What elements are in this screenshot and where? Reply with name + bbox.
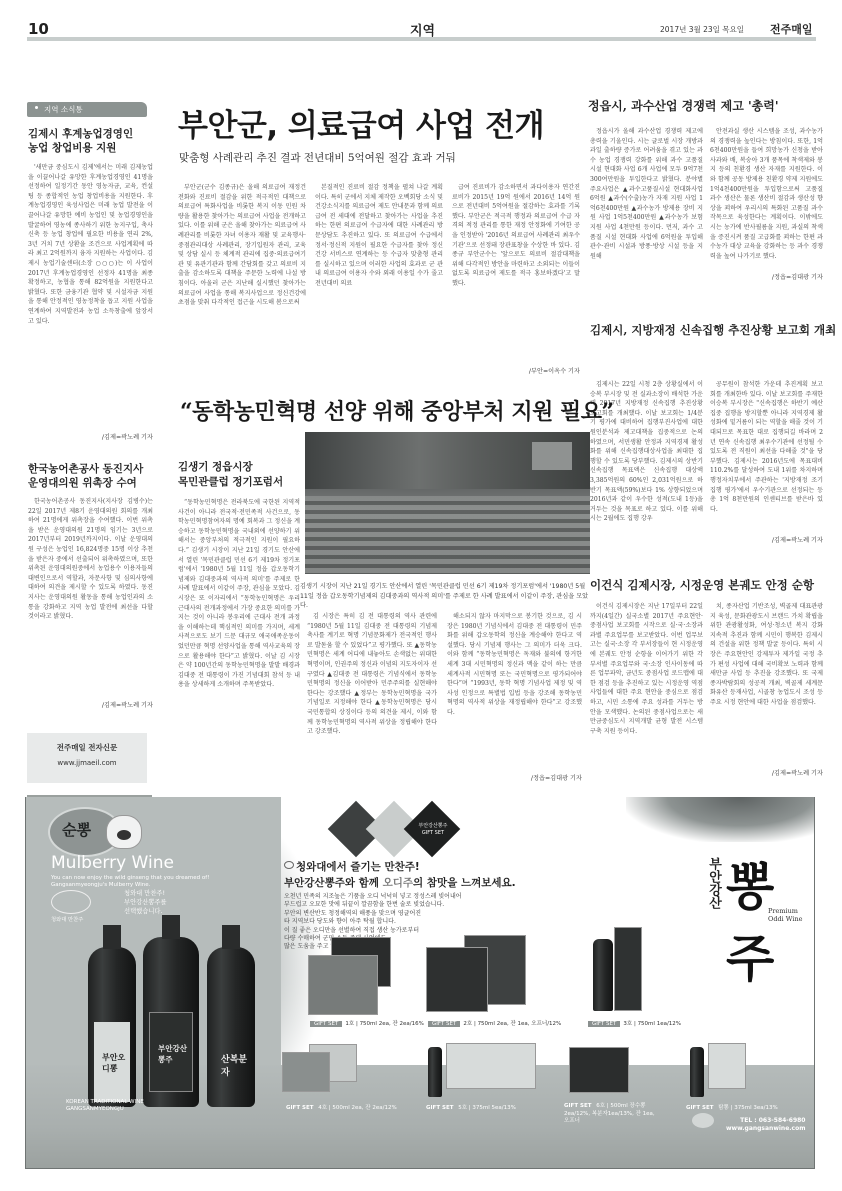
bottle-neck bbox=[222, 925, 240, 949]
gift-tag: GIFT SET bbox=[564, 1103, 591, 1111]
headline-line-2: 농업 창업비용 지원 bbox=[28, 141, 153, 155]
sidebar-article-1-byline: /김제=곽노례 기자 bbox=[28, 432, 153, 441]
gift-spec: 750ml 2ea, 잔 2ea/16% bbox=[360, 1021, 424, 1027]
gift-tag: GIFT SET bbox=[588, 1021, 620, 1027]
headline-2-mid: 의 bbox=[413, 877, 427, 889]
right-article-3-column-1: 이건식 김제시장은 지난 17일부터 22일까지(4일간) 실국소별 2017년… bbox=[590, 602, 703, 777]
gift-set-5-bottle bbox=[428, 1047, 442, 1097]
gift-set-3-label: GIFT SET3호 | 750ml 1ea/12% bbox=[588, 1019, 681, 1027]
e-paper-promo[interactable]: 전주매일 전자신문 www.jjmaeil.com bbox=[27, 733, 147, 783]
gift-tag: GIFT SET bbox=[310, 1021, 342, 1027]
english-title: Mulberry Wine bbox=[51, 853, 174, 873]
ad-body-line: 부안의 변산반도 청정해역의 해풍을 맞으며 영글어진 bbox=[284, 910, 464, 918]
ad-body-line: 이 질 좋은 오디만을 선별하여 직접 생산 농가로부터 bbox=[284, 927, 464, 935]
gift-set-4-box bbox=[282, 1052, 330, 1092]
gift-set-7-bottle bbox=[690, 1047, 704, 1097]
feature-column-2: 김 시장은 특히 김 전 대통령의 역사 관련에 “1980년 5월 11일 김… bbox=[307, 612, 437, 787]
lead-headline: 부안군, 의료급여 사업 전개 bbox=[178, 100, 544, 145]
gift-set-3-box bbox=[614, 927, 642, 1011]
gift-num: 3호 bbox=[623, 1021, 632, 1027]
emblem-text-line: 부안강산뽕주를 bbox=[124, 898, 167, 907]
feature-subhead: 김생기 정읍시장 목민관클럽 정기포럼서 bbox=[178, 460, 283, 490]
sidebar-article-2-headline: 한국농어촌공사 동진지사 운영대의원 위촉장 수여 bbox=[28, 462, 153, 490]
gift-set-5-box bbox=[446, 1043, 536, 1089]
diamond-label-line: 부안강산뽕주 bbox=[418, 823, 448, 830]
headline-line-1: 김제시 후계농업경영인 bbox=[28, 127, 153, 141]
gift-set-7-box bbox=[708, 1043, 746, 1089]
sidebar-article-1-headline: 김제시 후계농업경영인 농업 창업비용 지원 bbox=[28, 127, 153, 155]
premium-line: Oddi Wine bbox=[768, 915, 802, 923]
gift-spec: 750ml 1ea/12% bbox=[638, 1021, 681, 1027]
diamond-label-line: GIFT SET bbox=[418, 830, 448, 837]
headline-2-suffix: 을 느껴보세요. bbox=[447, 877, 516, 889]
gift-num: 4호 bbox=[318, 1105, 327, 1111]
blue-house-emblem-icon bbox=[51, 890, 91, 914]
gift-tag: GIFT SET bbox=[286, 1105, 313, 1111]
newspaper-brand: 전주매일 bbox=[770, 21, 813, 37]
ad-headline-1: 청와대에서 즐기는 만찬주! bbox=[296, 859, 420, 874]
gift-num: 6호 bbox=[596, 1103, 605, 1109]
gift-num: 5호 bbox=[458, 1105, 467, 1111]
right-article-1-byline: /정읍=김대광 기자 bbox=[710, 272, 823, 281]
gift-set-1-box bbox=[308, 955, 378, 1015]
right-article-3-headline: 이건식 김제시장, 시정운영 본궤도 안정 순항 bbox=[590, 577, 814, 593]
gift-spec: 500ml 2ea, 잔 2ea/12% bbox=[332, 1105, 396, 1111]
photo-caption: 김생기 시장이 지난 21일 경기도 안산에서 열린 '목민관클럽 민선 6기 … bbox=[300, 582, 590, 611]
bullet-icon bbox=[35, 106, 38, 109]
brand-logo-text: 순뽕 bbox=[62, 819, 91, 840]
bottle-label-text: 산복분자 bbox=[221, 1052, 249, 1078]
premium-line: Premium bbox=[768, 907, 802, 915]
blue-house-small-icon bbox=[284, 861, 294, 869]
feature-column-3: 해소되지 않자 마지막으로 봉기한 것으로, 김 시장은 1980년 기념식에서… bbox=[447, 612, 582, 772]
sidebar-article-2-byline: /김제=곽노례 기자 bbox=[28, 700, 153, 709]
headline-2-brush: 참맛 bbox=[427, 877, 447, 889]
page-number: 10 bbox=[28, 20, 49, 38]
gift-set-2-label: GIFT SET2호 | 750ml 2ea, 잔 1ea, 오프너/12% bbox=[428, 1019, 561, 1027]
right-article-1-column-2: 안전과실 생산 시스템을 조성, 과수농가의 경쟁력을 높인다는 방침이다. 또… bbox=[710, 127, 823, 267]
bottle-oddi: 부안오디뽕 bbox=[88, 947, 136, 1107]
lead-column-1: 부안군(군수 김종규)은 올해 의료급여 재정건전화와 진료비 절감을 위한 적… bbox=[178, 183, 306, 378]
right-article-2-column-2: 공무원이 참석한 가운데 추진계획 보고회를 개최한바 있다. 이날 보고회를 … bbox=[710, 380, 823, 530]
emblem-label: 청와대 만찬주 bbox=[51, 915, 83, 923]
ad-body-line: 타 지역보다 당도와 향이 아주 탁월 합니다. bbox=[284, 918, 464, 926]
english-subtitle: You can now enjoy the wild ginseng that … bbox=[51, 875, 251, 889]
sidebar-article-1-body: '새만금 중심도시 김제'에서는 미래 김제농업을 이끌어나갈 유망한 후계농업… bbox=[28, 163, 153, 421]
mascot-icon bbox=[106, 815, 142, 849]
headline-line-1: 한국농어촌공사 동진지사 bbox=[28, 462, 153, 476]
promo-url[interactable]: www.jjmaeil.com bbox=[27, 759, 147, 767]
gift-num: 2호 bbox=[463, 1021, 472, 1027]
gift-set-6-label: GIFT SET 6호 | 500ml 장수뽕2ea/12%, 복분자1ea/1… bbox=[564, 1103, 659, 1126]
gift-set-1-label: GIFT SET1호 | 750ml 2ea, 잔 2ea/16% bbox=[310, 1019, 424, 1027]
right-article-3-byline: /김제=곽노례 기자 bbox=[710, 768, 823, 777]
mulberry-wine-advertisement[interactable]: 순뽕 Mulberry Wine You can now enjoy the w… bbox=[25, 797, 815, 1169]
bottle-neck bbox=[162, 915, 180, 939]
right-article-2-byline: /김제=곽노례 기자 bbox=[710, 535, 823, 544]
photo-screen bbox=[532, 442, 572, 470]
emblem-text-line: 청와대 만찬주! bbox=[124, 889, 167, 898]
headline-line-2: 운영대의원 위촉장 수여 bbox=[28, 476, 153, 490]
gift-tag: GIFT SET bbox=[426, 1105, 453, 1111]
emblem-text-line: 선택했습니다. bbox=[124, 907, 167, 916]
maker-name: GANGSANMYEONGJU bbox=[66, 1106, 144, 1113]
bottle-label: 부안강산뽕주 bbox=[149, 1012, 193, 1092]
sidebar-article-2-body: 한국농어촌공사 동진지사(지사장 김병수)는 22일 2017년 제8기 운영대… bbox=[28, 497, 153, 694]
mulberry-leaf-photo bbox=[626, 797, 815, 842]
contact-tel: TEL : 063-584-6980 bbox=[726, 1117, 805, 1125]
brand-premium-text: Premium Oddi Wine bbox=[768, 907, 802, 923]
gift-set-7-label: GIFT SET 탐뽕 | 375ml 3ea/13% bbox=[686, 1103, 778, 1111]
issue-date: 2017년 3월 23일 목요일 bbox=[660, 24, 744, 35]
bottle-label-text: 부안강산뽕주 bbox=[158, 1043, 192, 1065]
ad-body-line: 부드럽고 오묘한 맛에 뒤끝이 깔끔함을 한번 술로 빚었습니다. bbox=[284, 901, 464, 909]
section-badge: 지역 소식통 bbox=[27, 102, 147, 117]
right-article-1-headline: 정읍시, 과수산업 경쟁력 제고 '총력' bbox=[588, 97, 779, 114]
gift-spec: 750ml 2ea, 잔 1ea, 오프너/12% bbox=[478, 1021, 562, 1027]
mascot-nose bbox=[117, 830, 131, 840]
forum-photo bbox=[305, 432, 590, 574]
gift-spec: 375ml 5ea/13% bbox=[472, 1105, 515, 1111]
bottle-ppongju: 부안강산뽕주 bbox=[143, 937, 199, 1107]
section-badge-label: 지역 소식통 bbox=[44, 105, 83, 114]
gift-num: 탐뽕 bbox=[718, 1105, 729, 1111]
lead-subhead: 맞춤형 사례관리 추진 결과 전년대비 5억여원 절감 효과 거둬 bbox=[179, 150, 456, 165]
gift-set-2-box bbox=[426, 947, 488, 1012]
gift-set-diamond-label: 부안강산뽕주 GIFT SET bbox=[418, 823, 448, 837]
promo-title: 전주매일 전자신문 bbox=[27, 742, 147, 753]
lead-byline: /부안=이옥수 기자 bbox=[452, 366, 580, 375]
feature-byline: /정읍=김대광 기자 bbox=[447, 773, 582, 782]
contact-web[interactable]: www.gangsanwine.com bbox=[726, 1125, 805, 1133]
bottle-label: 산복분자 bbox=[213, 1022, 249, 1102]
bottle-label-text: 부안오디뽕 bbox=[102, 1052, 130, 1074]
lead-column-3: 급여 진료비가 감소하면서 과다이용자 연간진료비가 2015년 19억 원에서… bbox=[452, 183, 580, 361]
gift-num: 1호 bbox=[345, 1021, 354, 1027]
right-article-2-headline: 김제시, 지방재정 신속집행 추진상황 보고회 개최 bbox=[590, 322, 836, 338]
ad-headline-2: 부안강산뽕주와 함께 오디주의 참맛을 느껴보세요. bbox=[284, 875, 516, 890]
bottle-neck bbox=[103, 925, 121, 949]
right-article-1-column-1: 정읍시가 올해 과수산업 경쟁력 제고에 총력을 기울인다. 시는 글로벌 시장… bbox=[590, 127, 703, 277]
headline-2-accent: 오디주 bbox=[383, 877, 413, 889]
maker-small: KOREAN TRADITIONAL WINE bbox=[66, 1099, 144, 1106]
gift-set-5-label: GIFT SET 5호 | 375ml 5ea/13% bbox=[426, 1103, 516, 1111]
photo-audience bbox=[305, 496, 590, 574]
gift-tag: GIFT SET bbox=[686, 1105, 713, 1111]
headline-2-prefix: 부안강산뽕주와 함께 bbox=[284, 877, 383, 889]
right-article-3-column-2: 치, 종자산업 기반조성, 벽골제 대표관광지 육성, 문화관광도시 브랜드 가… bbox=[710, 602, 823, 762]
maker-brand: KOREAN TRADITIONAL WINE GANGSANMYEONGJU bbox=[66, 1099, 144, 1113]
header-rule bbox=[27, 37, 816, 41]
gift-set-4-label: GIFT SET 4호 | 500ml 2ea, 잔 2ea/12% bbox=[286, 1103, 397, 1111]
feature-subhead-line-1: 김생기 정읍시장 bbox=[178, 460, 283, 475]
emblem-text: 청와대 만찬주! 부안강산뽕주를 선택했습니다. bbox=[124, 889, 167, 916]
brand-vertical-text: 부안강산 bbox=[706, 857, 720, 909]
gift-spec: 375ml 3ea/13% bbox=[734, 1105, 777, 1111]
gift-tag: GIFT SET bbox=[428, 1021, 460, 1027]
company-logo-icon bbox=[692, 1113, 714, 1128]
gift-set-3-bottle bbox=[593, 939, 613, 1011]
feature-subhead-line-2: 목민관클럽 정기포럼서 bbox=[178, 475, 283, 490]
lead-column-2: 본질적인 진료비 절감 정책을 펼쳐 나갈 계획이다. 특히 군에서 지체 제작… bbox=[315, 183, 443, 378]
feature-column-1: “동학농민혁명은 전라북도에 국한된 지역적 사건이 아니라 전국적·전민족적 … bbox=[178, 498, 300, 790]
gift-set-6-box bbox=[569, 1047, 629, 1093]
contact-info: TEL : 063-584-6980 www.gangsanwine.com bbox=[726, 1117, 805, 1133]
bottle-label: 부안오디뽕 bbox=[94, 1022, 130, 1102]
feature-headline: “동학농민혁명 선양 위해 중앙부처 지원 필요” bbox=[180, 395, 614, 426]
bottle-bokbunja: 산복분자 bbox=[207, 947, 255, 1107]
